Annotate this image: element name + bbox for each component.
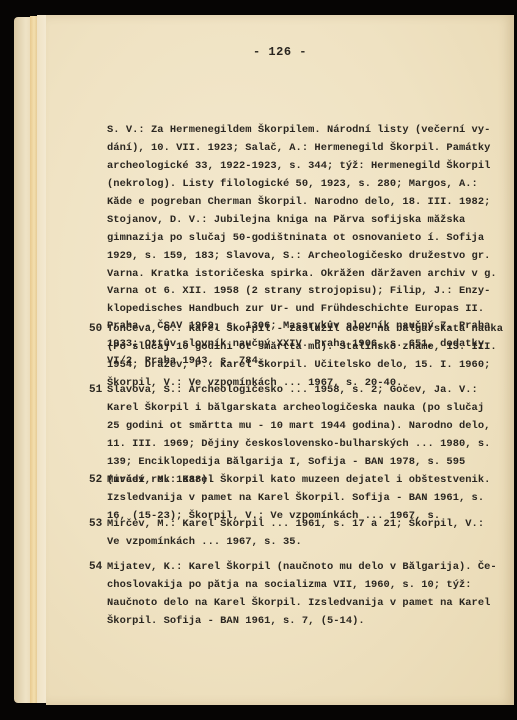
text-line: Tončeva, G.: Karel Škorpil - zaslužil de… xyxy=(107,323,503,335)
text-line: Slavova, S.: Archeologičesko ... 1958, s… xyxy=(107,384,478,396)
footnote-number: 53 xyxy=(89,518,102,530)
footnote-number: 51 xyxy=(89,384,102,396)
text-line: Naučnoto delo na Karel Škorpil. Izsledva… xyxy=(107,597,490,609)
entries-list: 50 Tončeva, G.: Karel Škorpil - zaslužil… xyxy=(0,0,517,720)
text-line: 25 godini ot smărtta mu - 10 mart 1944 g… xyxy=(107,420,490,432)
text-line: Mirčev, M.: Karel Škorpil kato muzeen de… xyxy=(107,474,490,486)
footnote-number: 54 xyxy=(89,561,102,573)
footnote-number: 52 xyxy=(89,474,102,486)
text-line: Ve vzpomínkách ... 1967, s. 35. xyxy=(107,536,302,548)
text-line: Škorpil. Sofija - BAN 1961, s. 7, (5-14)… xyxy=(107,615,365,627)
text-line: 139; Enciklopedija Bălgarija I, Sofija -… xyxy=(107,456,465,468)
text-line: (Po slučaj 10 godini ot smărtta mu). Sta… xyxy=(107,341,497,353)
text-line: Karel Škorpil i bălgarskata archeologiče… xyxy=(107,402,484,414)
text-line: Mirčev, M.: Karel Škorpil ... 1961, s. 1… xyxy=(107,518,484,530)
text-line: Izsledvanija v pamet na Karel Škorpil. S… xyxy=(107,492,484,504)
text-line: choslovakija po pătja na socializma VII,… xyxy=(107,579,472,591)
text-line: 11. III. 1969; Dějiny československo-bul… xyxy=(107,438,490,450)
text-line: Mijatev, K.: Karel Škorpil (naučnoto mu … xyxy=(107,561,497,573)
text-line: 1954; Dražev, P.: Karel Škorpil. Učitels… xyxy=(107,359,490,371)
footnote-number: 50 xyxy=(89,323,102,335)
